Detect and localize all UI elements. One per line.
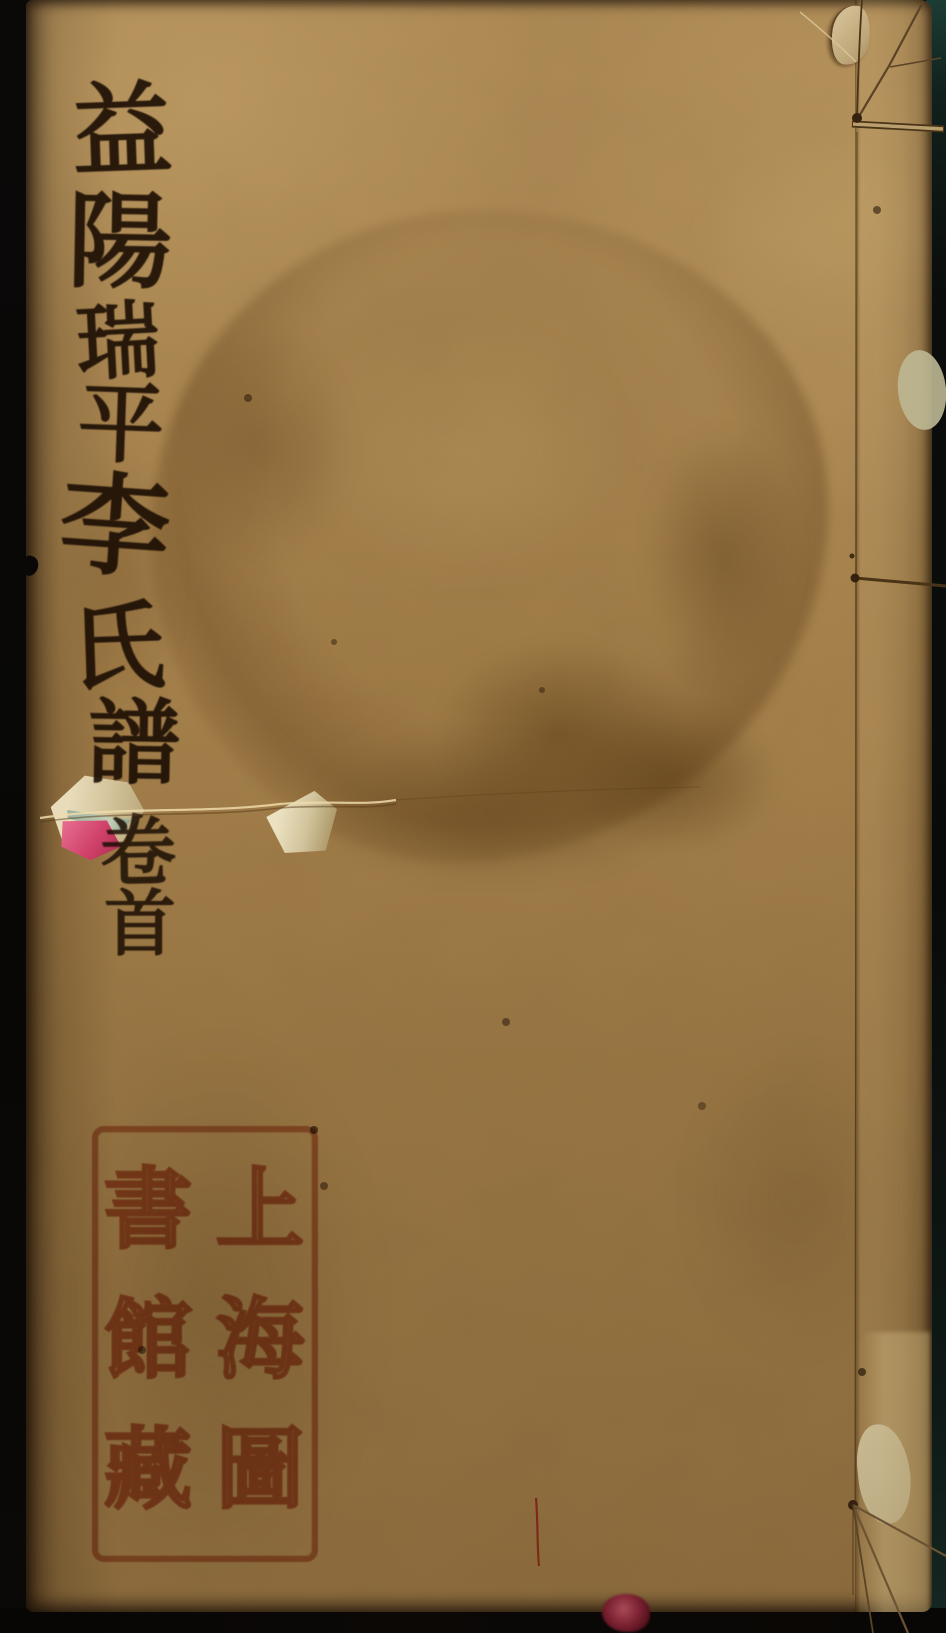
title-char-5: 李: [56, 468, 173, 585]
seal-char-shang: 上: [212, 1144, 308, 1274]
title-char-6: 氏: [68, 598, 166, 696]
seal-char-shu: 書: [100, 1144, 196, 1274]
seal-char-tu: 圖: [212, 1404, 308, 1534]
seal-char-hai: 海: [212, 1274, 308, 1404]
volume-char-1: 卷: [99, 813, 176, 890]
title-char-7: 譜: [87, 696, 181, 790]
seal-column-right: 上 海 圖: [212, 1144, 308, 1534]
title-char-1: 益: [70, 78, 173, 181]
photo-scene: 益 陽 瑞 平 李 氏 譜 卷 首 上 海 圖 書 館 藏: [0, 0, 946, 1633]
red-wax-blob-bottom: [602, 1594, 650, 1632]
volume-char-2: 首: [104, 888, 176, 960]
title-char-4: 平: [77, 381, 166, 470]
seal-column-left: 書 館 藏: [100, 1144, 196, 1534]
title-char-2: 陽: [67, 189, 173, 295]
seal-char-guan: 館: [100, 1274, 196, 1404]
book-cover: 益 陽 瑞 平 李 氏 譜 卷 首 上 海 圖 書 館 藏: [26, 0, 932, 1612]
seal-char-cang: 藏: [100, 1404, 196, 1534]
library-seal: 上 海 圖 書 館 藏: [92, 1126, 318, 1562]
